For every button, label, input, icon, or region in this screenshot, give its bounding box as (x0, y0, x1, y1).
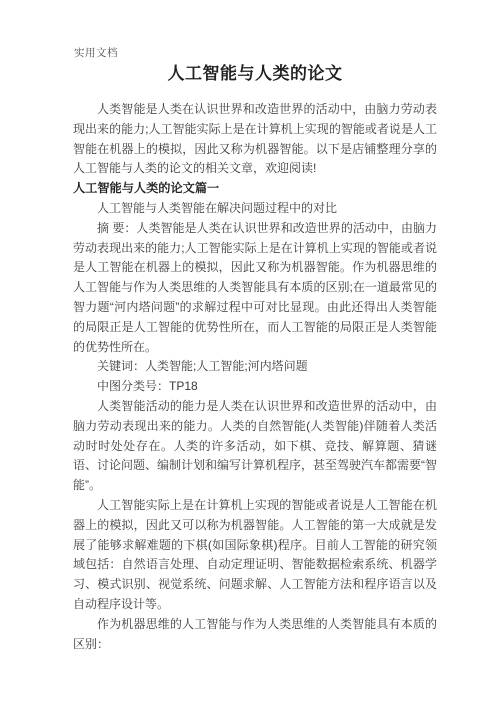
section-subtitle: 人工智能与人类智能在解决问题过程中的对比 (73, 199, 437, 219)
body-paragraph-2: 人工智能实际上是在计算机上实现的智能或者说是人工智能在机器上的模拟，因此又可以称… (73, 496, 437, 615)
document-title: 人工智能与人类的论文 (73, 63, 437, 85)
body-paragraph-1: 人类智能活动的能力是人类在认识世界和改造世界的活动中，由脑力劳动表现出来的能力。… (73, 397, 437, 496)
keywords-line: 关键词：人类智能;人工智能;河内塔问题 (73, 357, 437, 377)
section-heading-part-one: 人工智能与人类的论文篇一 (73, 179, 437, 199)
document-content: 人工智能与人类的论文 人类智能是人类在认识世界和改造世界的活动中，由脑力劳动表现… (73, 0, 437, 654)
body-paragraph-3: 作为机器思维的人工智能与作为人类思维的人类智能具有本质的区别： (73, 615, 437, 655)
abstract-paragraph: 摘 要：人类智能是人类在认识世界和改造世界的活动中，由脑力劳动表现出来的能力;人… (73, 219, 437, 358)
document-page: 实用文档 人工智能与人类的论文 人类智能是人类在认识世界和改造世界的活动中，由脑… (0, 0, 500, 707)
intro-paragraph: 人类智能是人类在认识世界和改造世界的活动中，由脑力劳动表现出来的能力;人工智能实… (73, 100, 437, 179)
classification-line: 中图分类号：TP18 (73, 377, 437, 397)
